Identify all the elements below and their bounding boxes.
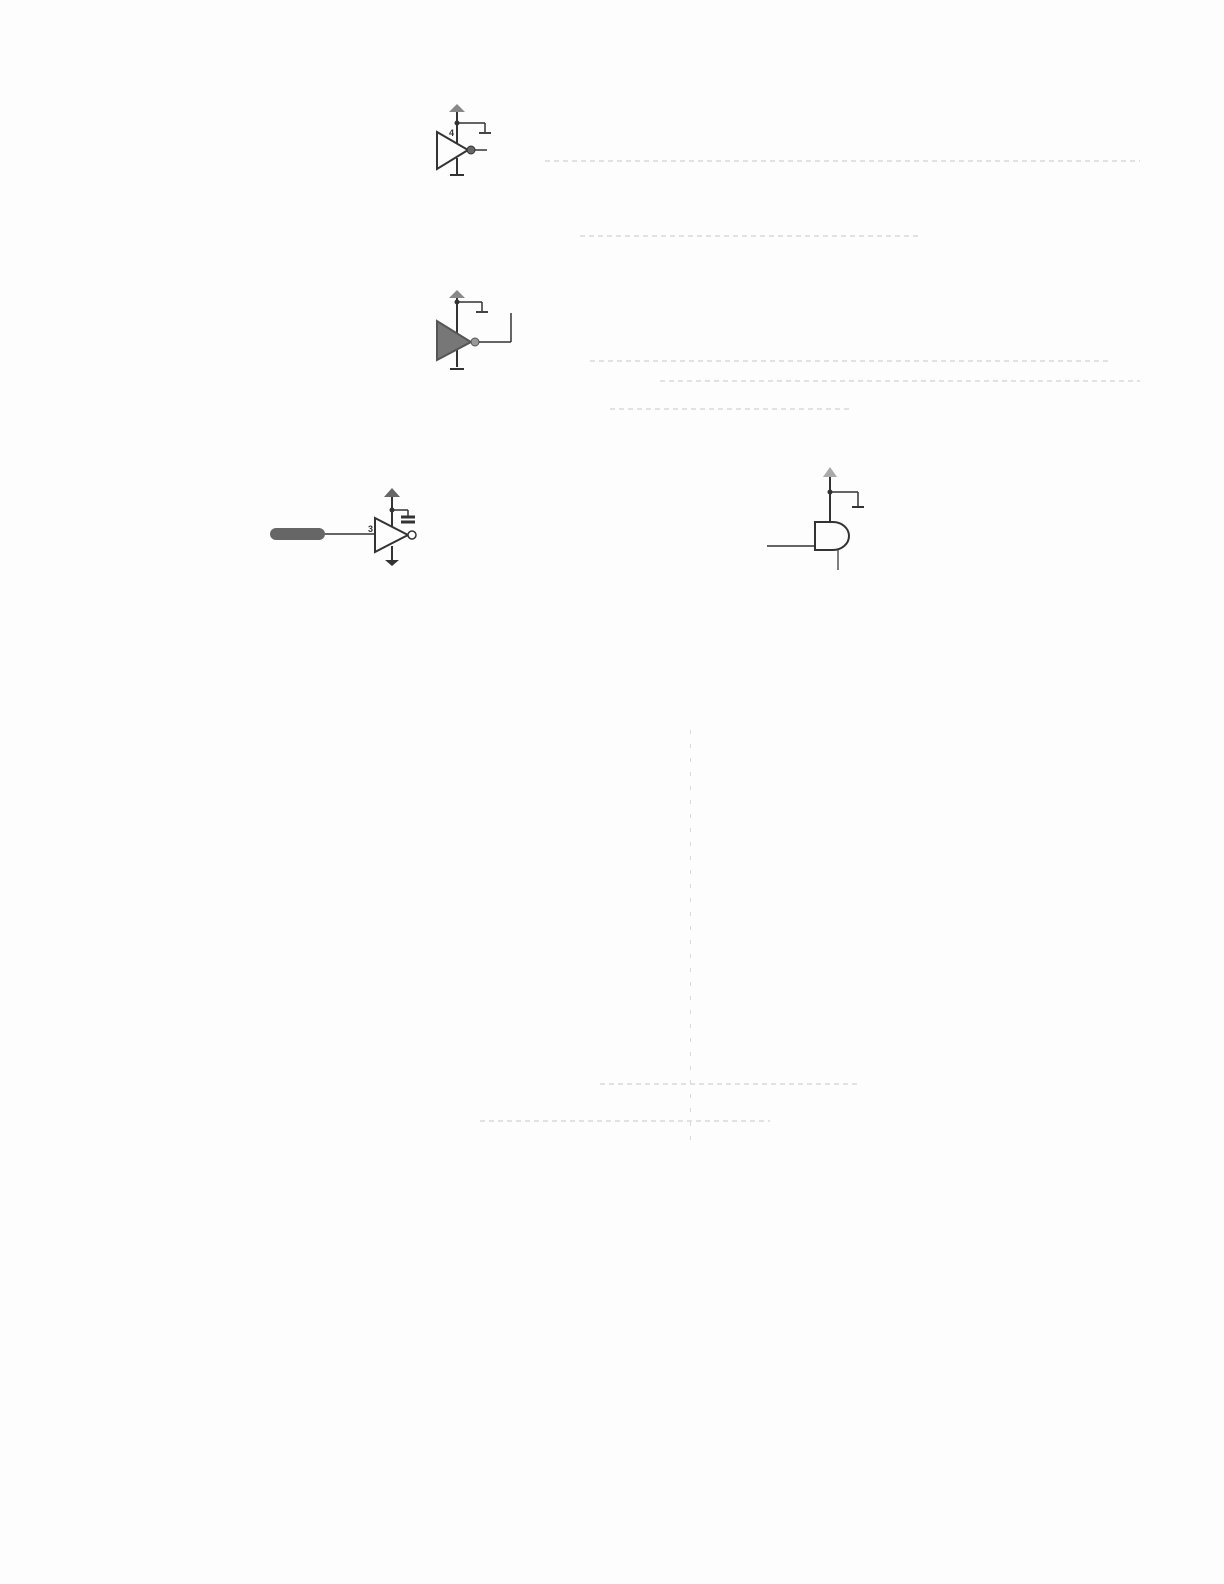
svg-text:4: 4 bbox=[449, 128, 454, 138]
ground-icon bbox=[385, 560, 399, 566]
faded-text-line bbox=[580, 235, 920, 237]
inverter-gate-1: 4 bbox=[420, 92, 520, 187]
faded-text-line bbox=[480, 1120, 770, 1122]
faded-text-line bbox=[600, 1083, 860, 1085]
faded-text-line bbox=[545, 160, 1140, 162]
svg-text:3: 3 bbox=[368, 524, 373, 534]
faded-text-line bbox=[590, 360, 1110, 362]
faded-text-line bbox=[660, 380, 1140, 382]
vcc-arrow-icon bbox=[384, 488, 400, 497]
vcc-arrow-icon bbox=[449, 104, 465, 112]
inverter-gate-3: 3 bbox=[265, 480, 435, 570]
resistor-icon bbox=[270, 528, 325, 540]
and-gate-4 bbox=[760, 462, 870, 572]
vcc-arrow-icon bbox=[823, 467, 837, 477]
inverter-gate-2 bbox=[420, 285, 530, 380]
faded-text-line bbox=[610, 408, 850, 410]
faded-divider bbox=[690, 720, 691, 1140]
schematic-page: 4 3 bbox=[0, 0, 1224, 1584]
vcc-arrow-icon bbox=[449, 290, 465, 298]
